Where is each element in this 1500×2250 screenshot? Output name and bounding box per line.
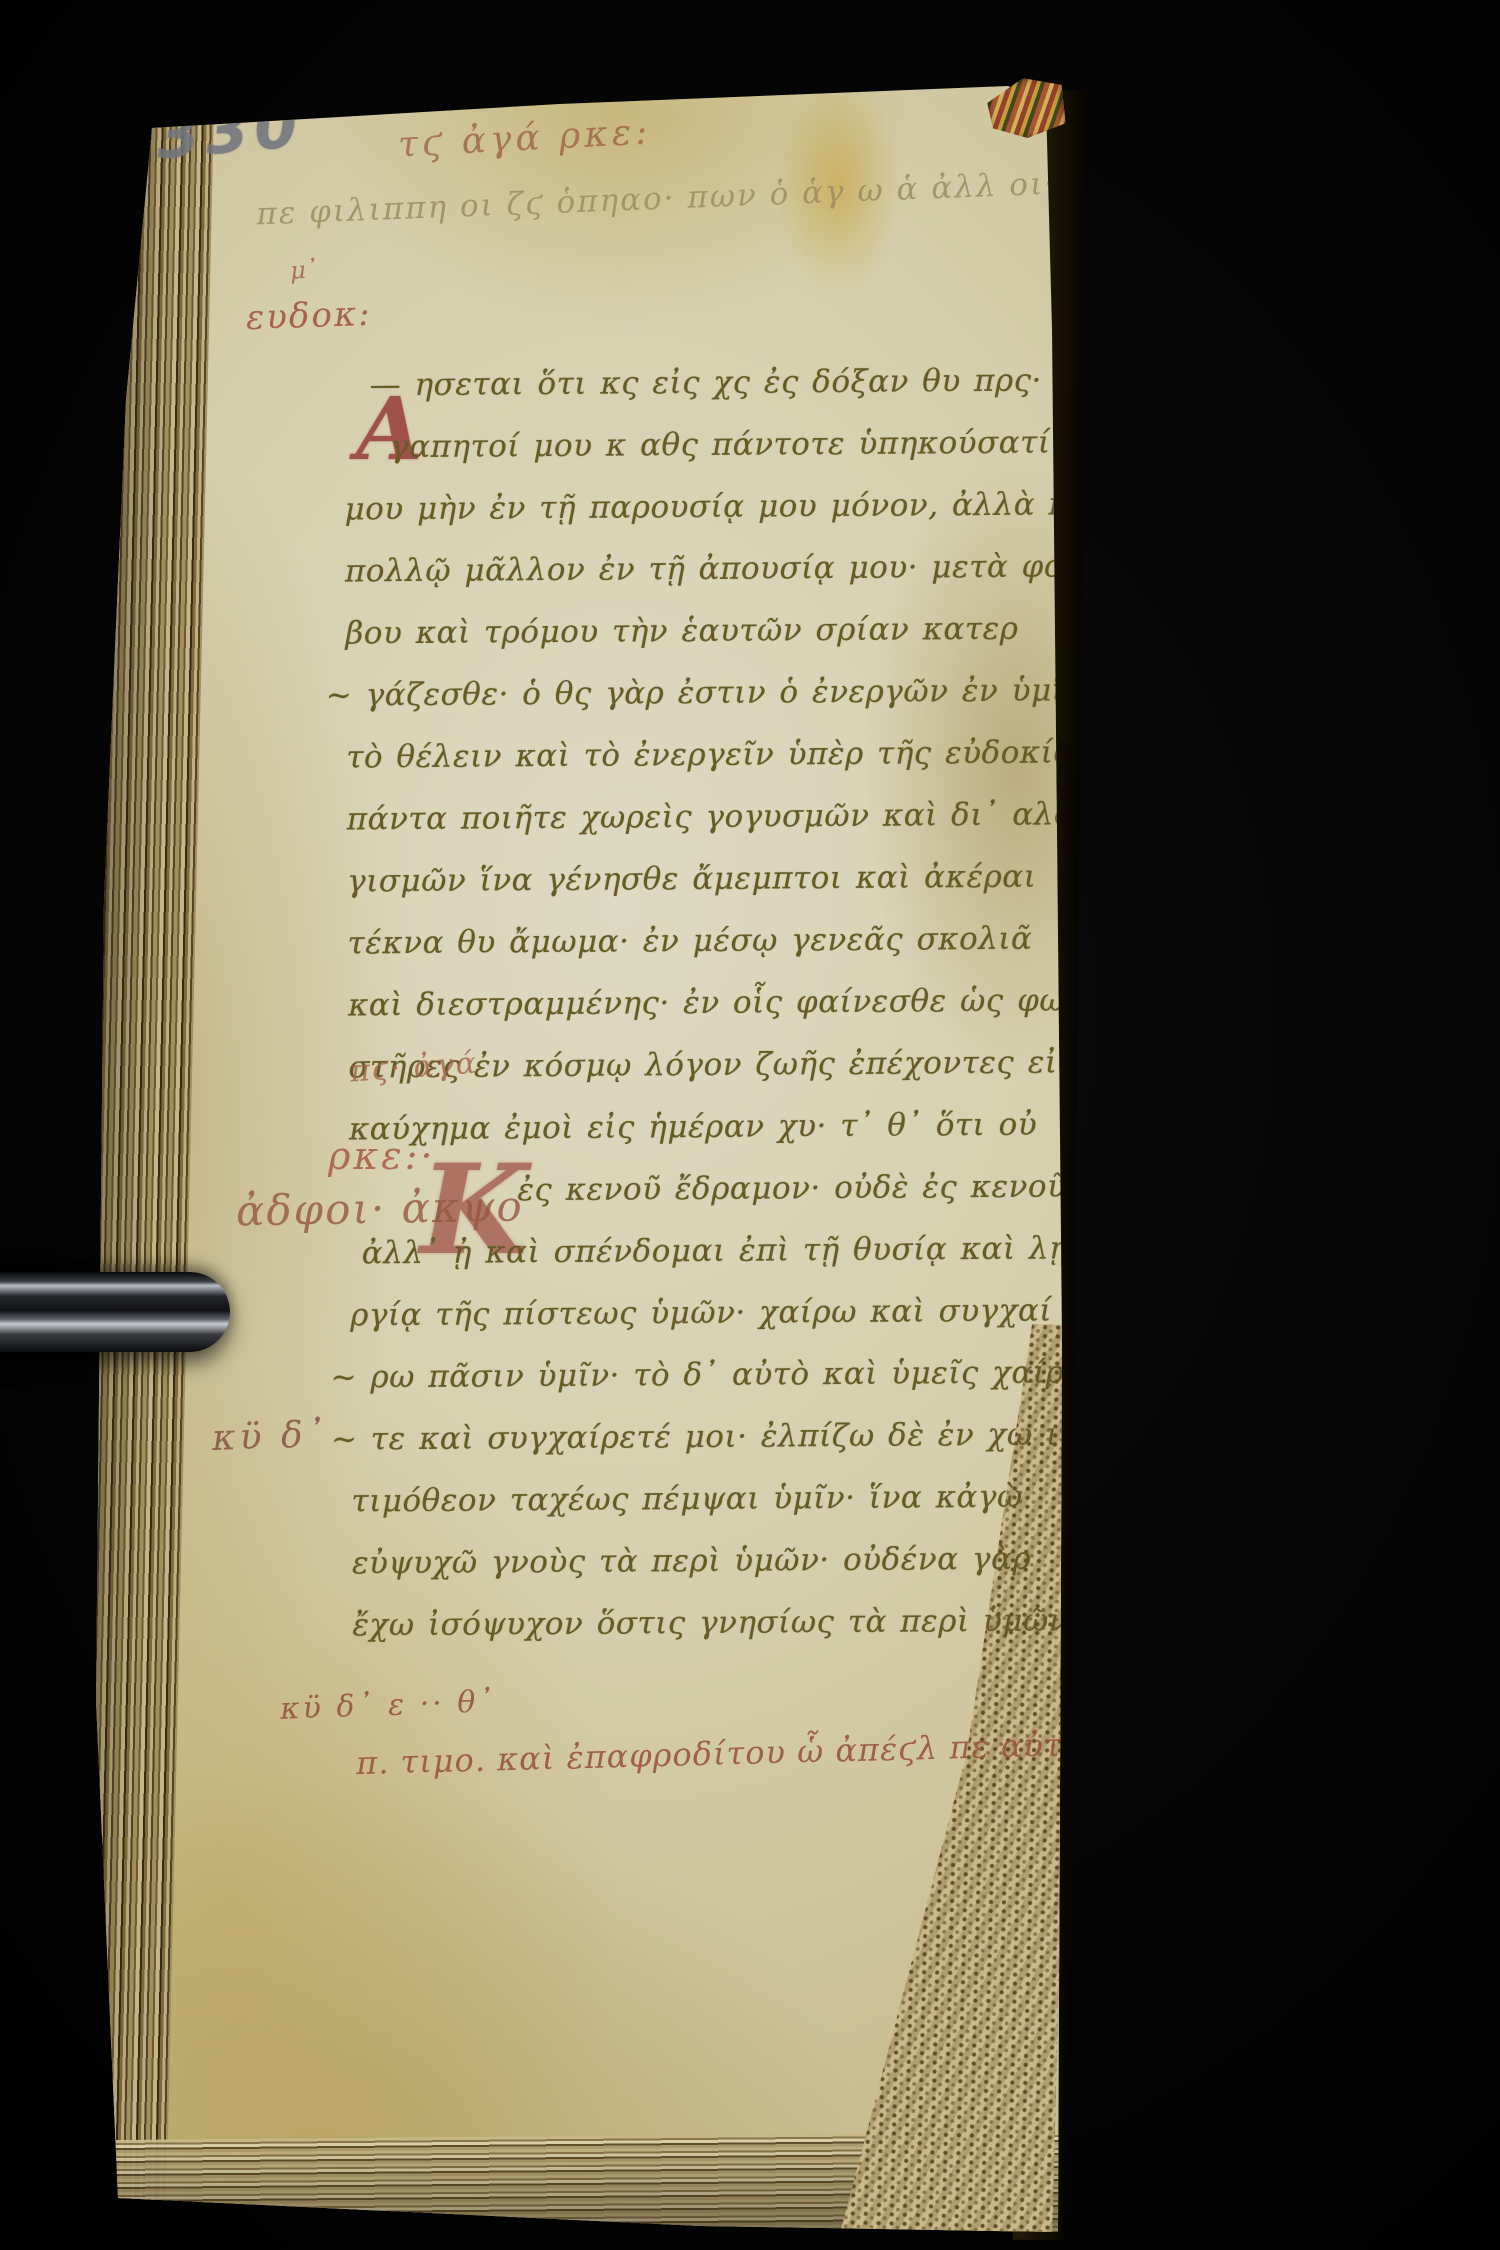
text-line: μου μὴν ἐν τῇ παρουσίᾳ μου μόνον, ἀλλὰ κ… (344, 474, 1044, 541)
text-line: πάντα ποιῆτε χωρεὶς γογυσμῶν καὶ δι᾽ αλο (346, 784, 1046, 851)
text-line: εὐψυχῶ γνοὺς τὰ περὶ ὑμῶν· οὐδένα γὰρ (352, 1528, 1052, 1595)
manuscript-page: 330 τϛ ἀγά ρκε: πε φιλιππη οι ζϛ ὁπηαο· … (0, 0, 1500, 2250)
margin-note-footer: κϋ δ᾽ ε ·· θ᾽ (279, 1684, 496, 1727)
margin-note-eudok: ευδοκ: (245, 294, 372, 338)
text-line: ~ ρω πᾶσιν ὑμῖν· τὸ δ᾽ αὐτὸ καὶ ὑμεῖς χα… (330, 1342, 1050, 1409)
text-line: γαπητοί μου κ αθς πάντοτε ὑπηκούσατί (390, 412, 1044, 479)
manuscript-photo: 330 τϛ ἀγά ρκε: πε φιλιππη οι ζϛ ὁπηαο· … (0, 0, 1500, 2250)
text-line: γισμῶν ἵνα γένησθε ἄμεμπτοι καὶ ἀκέραι (347, 846, 1047, 913)
pencil-folio-number: 330 (153, 88, 306, 174)
text-line: ~ γάζεσθε· ὁ θς γὰρ ἐστιν ὁ ἐνεργῶν ἐν ὑ… (326, 660, 1046, 727)
margin-note-kephalaion-number: ρκε:· (328, 1134, 436, 1178)
top-rubric-note: τϛ ἀγά ρκε: (397, 111, 652, 165)
text-line: βου καὶ τρόμου τὴν ἑαυτῶν σρίαν κατερ (345, 598, 1045, 665)
text-line: τέκνα θυ ἄμωμα· ἐν μέσῳ γενεᾶς σκολιᾶ (347, 908, 1047, 975)
text-line: καύχημα ἐμοὶ εἰς ἡμέραν χυ· τ᾽ θ᾽ ὅτι οὐ (349, 1094, 1049, 1161)
text-line: ~ τε καὶ συγχαίρετέ μοι· ἐλπίζω δὲ ἐν χω… (331, 1404, 1051, 1471)
text-line: — ησεται ὅτι κς εἰς χς ἐς δόξαν θυ πρς· … (369, 350, 1043, 417)
margin-note-incipit: ἀδφοι· ἀκψο (236, 1181, 524, 1235)
text-line: ἔχω ἰσόψυχον ὅστις γνησίως τὰ περὶ ὑμῶν (352, 1590, 1052, 1657)
text-line: ργίᾳ τῆς πίστεως ὑμῶν· χαίρω καὶ συγχαί (350, 1280, 1050, 1347)
page-stack-left-edges (34, 99, 214, 2231)
text-block: — ησεται ὅτι κς εἰς χς ἐς δόξαν θυ πρς· … (343, 350, 1052, 1657)
text-line: τὸ θέλειν καὶ τὸ ἐνεργεῖν ὑπὲρ τῆς εὐδοκ… (346, 722, 1046, 789)
margin-note-small: μ᾽ (289, 255, 318, 284)
text-line: καὶ διεστραμμένης· ἐν οἷς φαίνεσθε ὡς φω (348, 970, 1048, 1037)
text-line: τιμόθεον ταχέως πέμψαι ὑμῖν· ἵνα κἀγὼ (351, 1466, 1051, 1533)
margin-note-kyriake: κϋ δ᾽ (211, 1414, 329, 1459)
text-line: ἐς κενοῦ ἔδραμον· οὐδὲ ἐς κενοῦ ἐκοπα (517, 1156, 1049, 1222)
page-holder-rod (0, 1272, 230, 1352)
text-line: πολλῷ μᾶλλον ἐν τῇ ἀπουσίᾳ μου· μετὰ φό (345, 536, 1045, 603)
